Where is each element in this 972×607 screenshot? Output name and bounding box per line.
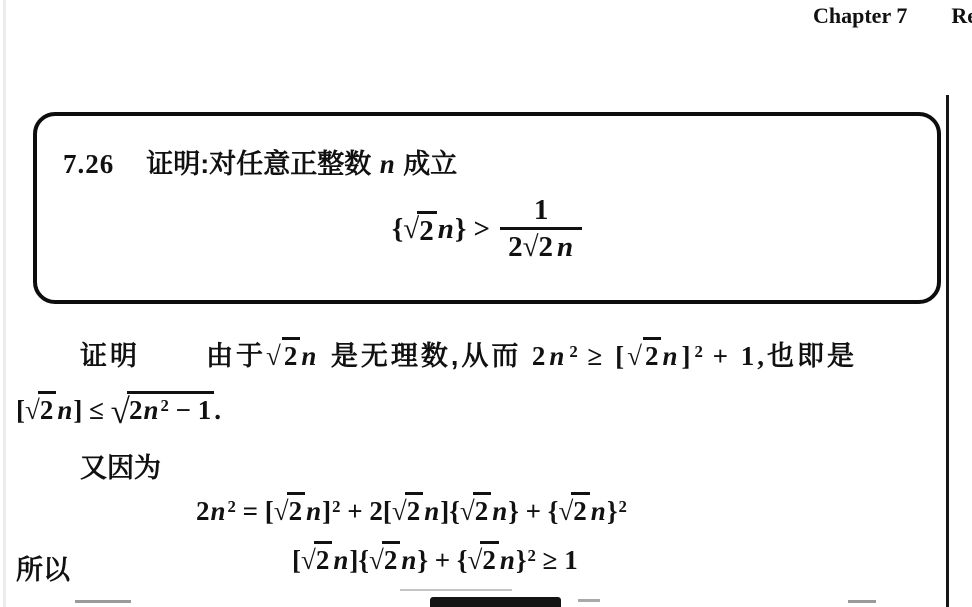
proof-line-5-math: [√2n]{√2n} + {√2n}2 ≥ 1	[292, 545, 578, 576]
math-token: n	[556, 231, 574, 263]
math-token: 证明:对任意正整数	[146, 149, 379, 179]
running-header: Chapter 7Re	[813, 3, 972, 29]
math-token: 2	[382, 541, 401, 575]
math-token: 2	[532, 341, 549, 371]
math-token: 2	[314, 541, 333, 575]
math-token: 是无理数,从而	[320, 341, 532, 371]
math-token: 2	[38, 391, 57, 425]
math-token: + 2[	[341, 496, 392, 526]
math-token: n	[142, 395, 159, 425]
math-token: 2n2 − 1	[127, 391, 214, 425]
math-token: 2	[694, 342, 702, 361]
scan-artifact-next-line	[75, 600, 131, 603]
math-token: 2	[618, 497, 626, 516]
math-token: [	[615, 341, 627, 371]
math-token: 2	[287, 492, 306, 526]
proof-line-4: 2n2 = [√2n]2 + 2[√2n]{√2n} + {√2n}2	[196, 496, 627, 527]
math-token: 2	[643, 337, 662, 371]
scan-artifact-next-line	[848, 600, 876, 603]
math-token: } >	[455, 213, 490, 246]
math-token: 成立	[396, 149, 458, 179]
math-token: ≥ 1	[536, 545, 578, 575]
problem-number: 7.26	[63, 149, 114, 179]
proof-label: 证明	[80, 341, 140, 371]
proof-line-2: [√2n] ≤ √2n2 − 1.	[16, 392, 221, 432]
math-token: 2	[571, 492, 590, 526]
math-token: 2	[508, 231, 523, 263]
problem-statement: 证明:对任意正整数 n 成立	[146, 149, 457, 179]
math-token: [	[16, 395, 25, 425]
math-token: n	[437, 213, 455, 246]
math-token: 2	[480, 541, 499, 575]
math-token: 2	[473, 492, 492, 526]
math-token: 2	[536, 227, 556, 263]
book-page: Chapter 7Re 7.26证明:对任意正整数 n 成立 {√2n} > 1…	[0, 0, 972, 607]
math-token: n	[590, 496, 607, 526]
math-token: n	[491, 496, 508, 526]
math-token: ] ≤	[73, 395, 110, 425]
math-token: ]{	[349, 545, 369, 575]
math-token: } + {	[417, 545, 467, 575]
math-token: ]{	[440, 496, 460, 526]
math-token: .	[214, 395, 221, 425]
scan-artifact-next-line	[400, 589, 512, 591]
proof-line-3: 又因为	[80, 446, 161, 485]
scan-artifact-next-line-bar	[430, 597, 561, 607]
math-token: 2	[528, 546, 536, 565]
math-token: n	[499, 545, 516, 575]
math-token: 2	[282, 337, 301, 371]
math-token: n	[210, 496, 227, 526]
math-token: 2	[196, 496, 210, 526]
math-token: 2	[417, 211, 437, 248]
math-token: 由于	[206, 341, 266, 371]
math-token: n	[548, 341, 568, 371]
math-token: ≥	[578, 341, 615, 371]
math-token: − 1	[169, 395, 211, 425]
math-token: 也即是	[767, 341, 857, 371]
math-token: 2	[160, 396, 168, 415]
math-token: = [	[236, 496, 274, 526]
math-token: } + {	[508, 496, 558, 526]
math-token: n	[332, 545, 349, 575]
chapter-label: Chapter 7	[813, 3, 907, 28]
math-token: 2	[129, 395, 143, 425]
proof-line-1: 证明由于√2n 是无理数,从而 2n2 ≥ [√2n]2 + 1,也即是	[80, 334, 960, 373]
proof-line-5-label: 所以	[16, 548, 70, 587]
math-token: 2	[569, 342, 577, 361]
math-token: n	[661, 341, 681, 371]
problem-box: 7.26证明:对任意正整数 n 成立 {√2n} > 12√2n	[33, 112, 941, 304]
math-token: }	[607, 496, 618, 526]
math-token: 2	[405, 492, 424, 526]
math-token: n	[56, 395, 73, 425]
math-token: 2	[228, 497, 236, 516]
proof-line-1-math: 由于√2n 是无理数,从而 2n2 ≥ [√2n]2 + 1,也即是	[206, 341, 857, 371]
problem-formula: {√2n} > 12√2n	[37, 194, 937, 265]
math-token: 1	[534, 194, 549, 226]
math-token: n	[400, 545, 417, 575]
math-token: ]	[322, 496, 331, 526]
math-token: + 1,	[703, 341, 767, 371]
math-token: }	[516, 545, 527, 575]
problem-title-line: 7.26证明:对任意正整数 n 成立	[63, 142, 457, 181]
chapter-title-partial: Re	[951, 3, 972, 28]
math-token: n	[379, 149, 396, 179]
scan-edge-artifact	[3, 0, 6, 607]
math-token: 2	[332, 497, 340, 516]
fraction: 12√2n	[500, 194, 582, 265]
math-token: ]	[681, 341, 693, 371]
math-token: n	[305, 496, 322, 526]
math-token: n	[423, 496, 440, 526]
scan-artifact-next-line	[578, 599, 600, 602]
math-token: [	[292, 545, 301, 575]
math-token: {	[392, 213, 403, 246]
math-token: n	[300, 341, 320, 371]
